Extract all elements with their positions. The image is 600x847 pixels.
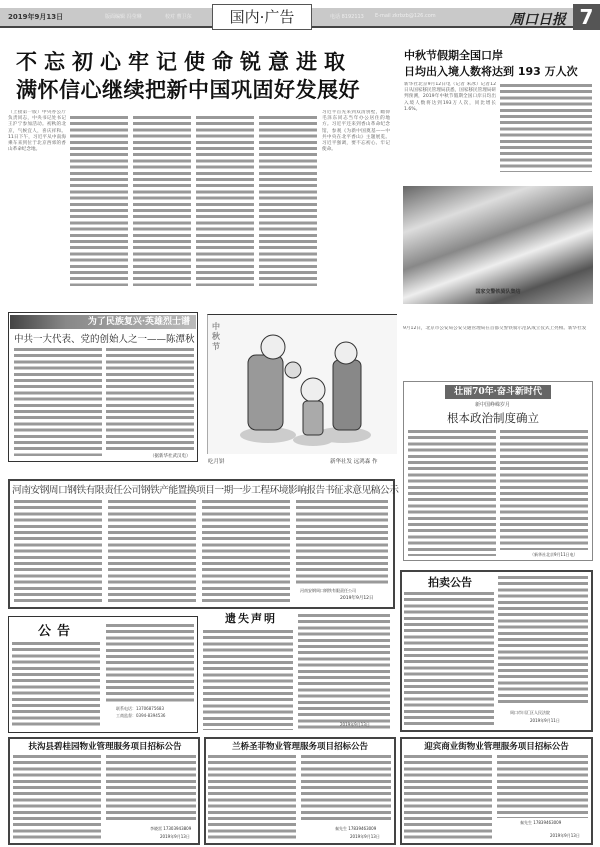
anniversary-subtitle: 新中国峥嵘岁月 <box>475 401 510 408</box>
env-notice-title: 河南安钢周口钢铁有限责任公司钢铁产能置换项目一期一步工程环境影响报告书征求意见稿… <box>12 482 392 496</box>
tender-lanqiao-title: 兰桥圣菲物业管理服务项目招标公告 <box>206 740 394 752</box>
lost-col1 <box>203 628 293 730</box>
tender-fugou-contact: 李晓雷 17303943809 <box>150 826 191 832</box>
auction-court: 周口市川汇区人民法院 <box>510 710 550 716</box>
gonggao-col1 <box>12 640 100 728</box>
photo-text: 9月12日，北京市公安局公安交通管理局在首都交警铁骑示范队成立仪式上亮相。新华社… <box>403 326 593 376</box>
side-headline-line1: 中秋节假期全国口岸 <box>404 47 503 63</box>
tender-fugou-date: 2019年9月13日 <box>160 834 190 840</box>
lead-text: （上接第一版）中央办公厅负责同志，中央书记处书记王沪宁参加活动。初秋的北京，气候… <box>8 110 66 153</box>
feature-credit: （据新华社武汉电） <box>150 453 191 459</box>
env-signature: 河南安钢周口钢铁有限责任公司 <box>300 588 356 594</box>
side-headline-line2: 日均出入境人数将达到 193 万人次 <box>404 63 578 79</box>
motorcycle-police-photo <box>403 186 593 304</box>
lead-column-1: （上接第一版）中央办公厅负责同志，中央书记处书记王沪宁参加活动。初秋的北京，气候… <box>8 110 66 286</box>
tender-yingbin-col2 <box>497 753 588 818</box>
cartoon-illustration <box>208 315 398 455</box>
lead-column-4 <box>196 114 254 286</box>
env-col4 <box>296 498 388 586</box>
side-story-col1: 新华社北京9月12日电（记者 朱冰）记者12日从国家移民管理局获悉，国家移民管理… <box>404 82 496 172</box>
tender-yingbin-col1 <box>404 753 492 841</box>
anniversary-credit: （新华社北京9月11日电） <box>530 552 578 558</box>
mid-autumn-cartoon <box>207 314 397 454</box>
env-col2 <box>108 498 196 603</box>
lead-body-text: 习近平首先来到双清别墅，瞻仰毛泽东同志当年办公居住的地方。习近平还来到香山革命纪… <box>322 110 390 153</box>
anniversary-title: 根本政治制度确立 <box>447 410 539 426</box>
feature-title: 中共一大代表、党的创始人之一——陈潭秋 <box>14 331 195 345</box>
auction-col2 <box>498 574 588 704</box>
tender-fugou-col1 <box>13 753 101 841</box>
gonggao-office: 工商监督：0394-8394536 <box>116 713 165 719</box>
auction-col1 <box>404 590 494 728</box>
feature-col2 <box>106 346 194 450</box>
feature-banner: 为了民族复兴·英雄烈士谱 <box>10 315 196 329</box>
tender-yingbin-contact: 秦先生 17839463009 <box>520 820 561 826</box>
anniversary-col1 <box>408 428 496 556</box>
issue-date: 2019年9月13日 <box>8 12 63 22</box>
lead-column-5 <box>259 114 317 286</box>
tender-fugou-col2 <box>106 753 196 823</box>
anniversary-banner: 壮丽70年·奋斗新时代 <box>445 385 551 399</box>
lost-statement-title: 遗失声明 <box>225 610 277 626</box>
anniversary-col2 <box>500 428 588 550</box>
side-story-col2 <box>500 82 592 172</box>
feature-col1 <box>14 346 102 456</box>
tender-yingbin-title: 迎宾商业街物业管理服务项目招标公告 <box>402 740 591 752</box>
lead-headline-line2: 满怀信心继续把新中国巩固好发展好 <box>16 74 360 104</box>
auction-date: 2019年9月11日 <box>530 718 560 724</box>
lead-column-6: 习近平首先来到双清别墅，瞻仰毛泽东同志当年办公居住的地方。习近平还来到香山革命纪… <box>322 110 390 286</box>
gonggao-contact: 联系电话：13706875683 <box>116 706 164 712</box>
lead-headline-line1: 不忘初心牢记使命锐意进取 <box>16 46 352 76</box>
lost-statement-date: 2019年9月13日 <box>340 722 370 728</box>
env-date: 2019年9月12日 <box>340 595 374 601</box>
masthead-logo: 周口日报 <box>510 9 566 29</box>
cartoon-vertical-title: 中秋节 <box>212 322 222 352</box>
proofreader-credit: 校对 曹卫东 <box>165 13 192 20</box>
gonggao-title: 公告 <box>38 620 76 639</box>
page-number: 7 <box>573 4 600 30</box>
lost-col2 <box>298 612 390 732</box>
tender-lanqiao-date: 2019年9月13日 <box>350 834 380 840</box>
env-col3 <box>202 498 290 603</box>
lead-column-3 <box>133 114 191 286</box>
side-story-text: 新华社北京9月12日电（记者 朱冰）记者12日从国家移民管理局获悉，国家移民管理… <box>404 82 496 113</box>
auction-title: 拍卖公告 <box>428 574 472 590</box>
cartoon-caption: 吃月饼 <box>208 457 225 465</box>
editor-credit: 版面编辑 冯莹琳 <box>105 13 142 20</box>
tender-fugou-title: 扶沟县碧桂园物业管理服务项目招标公告 <box>12 740 198 752</box>
cartoon-credit: 新华社发 远鸿森 作 <box>330 457 378 465</box>
env-col1 <box>14 498 102 603</box>
email-address: E-mail zkrbzb@126.com <box>375 13 436 19</box>
lead-column-2 <box>70 114 128 286</box>
photo-description: 9月12日，北京市公安局公安交通管理局在首都交警铁骑示范队成立仪式上亮相。新华社… <box>403 326 593 332</box>
photo-caption: 国家交警铁骑队集结 <box>403 288 593 295</box>
section-title: 国内·广告 <box>212 4 312 30</box>
gonggao-col2 <box>106 622 194 702</box>
tender-lanqiao-col2 <box>301 753 391 823</box>
phone-number: 电话 8192113 <box>330 13 364 20</box>
tender-lanqiao-contact: 秦先生 17839463009 <box>335 826 376 832</box>
tender-lanqiao-col1 <box>208 753 296 841</box>
tender-yingbin-date: 2019年9月13日 <box>550 833 580 839</box>
